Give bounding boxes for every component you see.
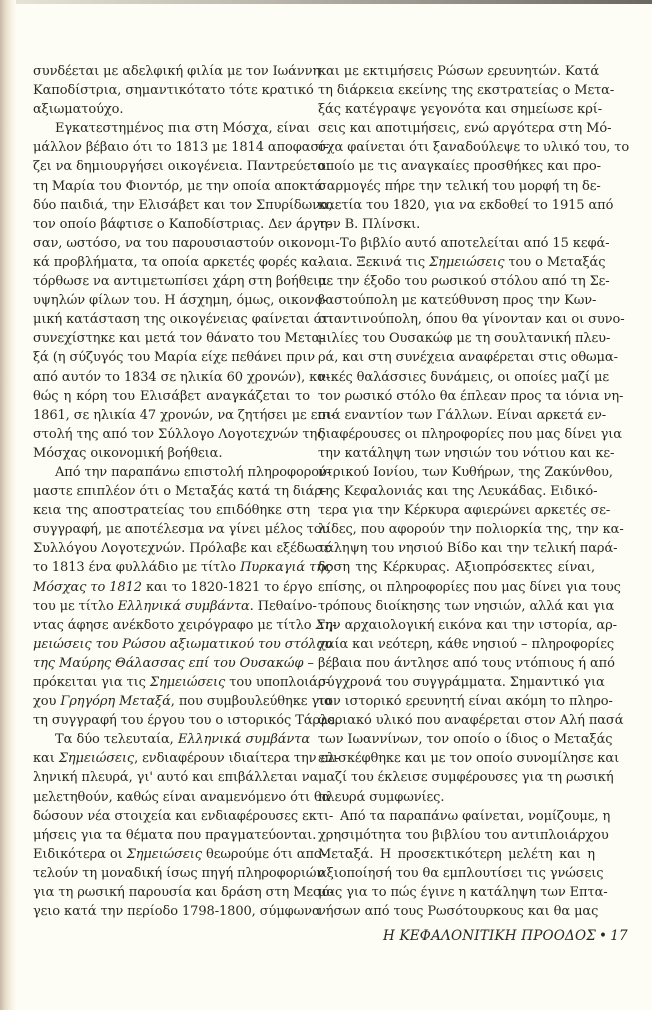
text-line: φοριακό υλικό που αναφέρεται στον Αλή πα… bbox=[318, 711, 595, 730]
text-line: μάλλον βέβαιο ότι το 1813 με 1814 αποφασ… bbox=[33, 138, 310, 157]
text-line: μική κατάσταση της οικογένειας φαίνεται … bbox=[33, 310, 310, 329]
italic-title: Γρηγόρη Μεταξά bbox=[60, 694, 170, 709]
text-line: συνεχίστηκε και μετά τον θάνατο του Μετα… bbox=[33, 329, 310, 348]
right-column: και με εκτιμήσεις Ρώσων ερευνητών. Κατάτ… bbox=[318, 62, 595, 921]
footer-separator: • bbox=[599, 928, 607, 944]
text-line: τάληψη του νησιού Βίδο και την τελική πα… bbox=[318, 539, 595, 558]
text-line: κεια της αποστρατείας του επιδόθηκε στη bbox=[33, 501, 310, 520]
text-line: σαρμογές πήρε την τελική του μορφή τη δε… bbox=[318, 177, 595, 196]
text-line: οποίο με τις αναγκαίες προσθήκες και προ… bbox=[318, 157, 595, 176]
text-line: δοση της Κέρκυρας. Αξιοπρόσεκτες είναι, bbox=[318, 558, 595, 577]
italic-title: μειώσεις του Ρώσου αξιωματικού του στόλο… bbox=[33, 637, 332, 652]
text-line: χαία και νεότερη, κάθε νησιού – πληροφορ… bbox=[318, 635, 595, 654]
text-line: και Σημειώσεις, ενδιαφέρουν ιδιαίτερα τη… bbox=[33, 749, 310, 768]
text-line: για τη ρωσική παρουσία και δράση στη Μεσ… bbox=[33, 883, 310, 902]
text-line: Μεταξά. Η προσεκτικότερη μελέτη και η bbox=[318, 845, 595, 864]
text-line: μειώσεις του Ρώσου αξιωματικού του στόλο… bbox=[33, 635, 310, 654]
text-line: τον ρωσικό στόλο θα έπλεαν προς τα ιόνια… bbox=[318, 387, 595, 406]
paragraph: και με εκτιμήσεις Ρώσων ερευνητών. Κατάτ… bbox=[318, 62, 595, 234]
text-line: ξάς κατέγραψε γεγονότα και σημείωσε κρί- bbox=[318, 100, 595, 119]
page-number: 17 bbox=[610, 928, 628, 944]
text-line: υψηλών φίλων του. Η άσχημη, όμως, οικονο… bbox=[33, 291, 310, 310]
italic-title: Σημειώσεις bbox=[429, 255, 504, 270]
text-line: νικές θαλάσσιες δυνάμεις, οι οποίες μαζί… bbox=[318, 368, 595, 387]
scan-top-shadow bbox=[0, 0, 652, 4]
text-line: κά προβλήματα, τα οποία αρκετές φορές κα… bbox=[33, 253, 310, 272]
text-line: της Κεφαλονιάς και της Λευκάδας. Ειδικό- bbox=[318, 482, 595, 501]
text-line: σχα φαίνεται ότι ξαναδούλεψε το υλικό το… bbox=[318, 138, 595, 157]
text-line: τον ιστορικό ερευνητή είναι ακόμη το πλη… bbox=[318, 692, 595, 711]
text-line: των Ιωαννίνων, τον οποίο ο ίδιος ο Μεταξ… bbox=[318, 730, 595, 749]
text-line: τη συγγραφή του έργου του ο ιστορικός Τά… bbox=[33, 711, 310, 730]
paragraph: Εγκατεστημένος πια στη Μόσχα, είναιμάλλο… bbox=[33, 119, 310, 463]
paragraph: συνδέεται με αδελφική φιλία με τον Ιωάνν… bbox=[33, 62, 310, 119]
text-line: βέβαια που άντλησε από τους ντόπιους ή α… bbox=[318, 654, 595, 673]
text-line: γειο κατά την περίοδο 1798-1800, σύμφωνα bbox=[33, 902, 310, 921]
text-line: Μόσχας το 1812 και το 1820-1821 το έργο bbox=[33, 578, 310, 597]
text-line: την κατάληψη των νησιών του νότιου και κ… bbox=[318, 444, 595, 463]
text-line: του με τίτλο Ελληνικά συμβάντα. Πεθαίνο- bbox=[33, 597, 310, 616]
text-line: μήσεις για τα θέματα που πραγματεύονται. bbox=[33, 826, 310, 845]
text-line: ντρικού Ιονίου, των Κυθήρων, της Ζακύνθο… bbox=[318, 463, 595, 482]
text-line: 1861, σε ηλικία 47 χρονών, να ζητήσει με… bbox=[33, 406, 310, 425]
text-line: τόρθωσε να αντιμετωπίσει χάρη στη βοήθει… bbox=[33, 272, 310, 291]
text-line: ζει να δημιουργήσει οικογένεια. Παντρεύε… bbox=[33, 157, 310, 176]
text-line: πρόκειται για τις Σημειώσεις του υποπλοι… bbox=[33, 673, 310, 692]
paragraph: Από τα παραπάνω φαίνεται, νομίζουμε, ηχρ… bbox=[318, 807, 595, 922]
text-line: χου Γρηγόρη Μεταξά, που συμβουλεύθηκε γι… bbox=[33, 692, 310, 711]
text-line: μαζί του έκλεισε συμφέρουσες για τη ρωσι… bbox=[318, 768, 595, 787]
text-line: τον οποίο βάφτισε ο Καποδίστριας. Δεν άρ… bbox=[33, 215, 310, 234]
text-line: με την έξοδο του ρωσικού στόλου από τη Σ… bbox=[318, 272, 595, 291]
left-column: συνδέεται με αδελφική φιλία με τον Ιωάνν… bbox=[33, 62, 310, 921]
text-line: ρά, και στη συνέχεια αναφέρεται στις οθω… bbox=[318, 348, 595, 367]
text-line: Ειδικότερα οι Σημειώσεις θεωρούμε ότι απ… bbox=[33, 845, 310, 864]
text-line: τη Μαρία του Φιοντόρ, με την οποία αποκτ… bbox=[33, 177, 310, 196]
text-line: Συλλόγου Λογοτεχνών. Πρόλαβε και εξέδωσε bbox=[33, 539, 310, 558]
text-line: Εγκατεστημένος πια στη Μόσχα, είναι bbox=[33, 119, 310, 138]
text-line: συνδέεται με αδελφική φιλία με τον Ιωάνν… bbox=[33, 62, 310, 81]
text-line: διαφέρουσες οι πληροφορίες που μας δίνει… bbox=[318, 425, 595, 444]
text-line: τρόπους διοίκησης των νησιών, αλλά και γ… bbox=[318, 597, 595, 616]
italic-title: Μόσχας το 1812 bbox=[33, 580, 142, 595]
text-line: τελούν τη μοναδική ίσως πηγή πληροφοριών bbox=[33, 864, 310, 883]
text-line: πλευρά συμφωνίες. bbox=[318, 788, 595, 807]
text-line: σαν, ωστόσο, να του παρουσιαστούν οικονο… bbox=[33, 234, 310, 253]
text-line: ληνική πλευρά, γι' αυτό και επιβάλλεται … bbox=[33, 768, 310, 787]
text-line: σιά εναντίον των Γάλλων. Είναι αρκετά εν… bbox=[318, 406, 595, 425]
text-line: τον Β. Πλίνσκι. bbox=[318, 215, 595, 234]
text-line: σταντινούπολη, όπου θα γίνονταν και οι σ… bbox=[318, 310, 595, 329]
text-line: στολή της από τον Σύλλογο Λογοτεχνών της bbox=[33, 425, 310, 444]
text-line: θώς η κόρη του Ελισάβετ αναγκάζεται το bbox=[33, 387, 310, 406]
text-line: σεις και αποτιμήσεις, ενώ αργότερα στη Μ… bbox=[318, 119, 595, 138]
text-line: μιλίες του Ουσακώφ με τη σουλτανική πλευ… bbox=[318, 329, 595, 348]
text-line: δύο παιδιά, την Ελισάβετ και τον Σπυρίδω… bbox=[33, 196, 310, 215]
text-line: καετία του 1820, για να εκδοθεί το 1915 … bbox=[318, 196, 595, 215]
running-footer: Η ΚΕΦΑΛΟΝΙΤΙΚΗ ΠΡΟΟΔΟΣ•17 bbox=[383, 928, 628, 944]
text-line: μαστε επιπλέον ότι ο Μεταξάς κατά τη διά… bbox=[33, 482, 310, 501]
text-line: Από τα παραπάνω φαίνεται, νομίζουμε, η bbox=[318, 807, 595, 826]
text-line: λίδες, που αφορούν την πολιορκία της, τη… bbox=[318, 520, 595, 539]
text-line: Το βιβλίο αυτό αποτελείται από 15 κεφά- bbox=[318, 234, 595, 253]
binding-gutter bbox=[0, 0, 16, 1010]
text-line: αξιωματούχο. bbox=[33, 100, 310, 119]
text-line: μελετηθούν, καθώς είναι αναμενόμενο ότι … bbox=[33, 788, 310, 807]
text-line: μας για το πώς έγινε η κατάληψη των Επτα… bbox=[318, 883, 595, 902]
text-line: νήσων από τους Ρωσότουρκους και θα μας bbox=[318, 902, 595, 921]
text-line: την αρχαιολογική εικόνα και την ιστορία,… bbox=[318, 616, 595, 635]
italic-title: Ελληνικά συμβάντα bbox=[178, 732, 310, 747]
journal-title: Η ΚΕΦΑΛΟΝΙΤΙΚΗ ΠΡΟΟΔΟΣ bbox=[383, 928, 596, 944]
text-line: ξά (η σύζυγός του Μαρία είχε πεθάνει πρι… bbox=[33, 348, 310, 367]
text-line: τη διάρκεια εκείνης της εκστρατείας ο Με… bbox=[318, 81, 595, 100]
paragraph: Το βιβλίο αυτό αποτελείται από 15 κεφά-λ… bbox=[318, 234, 595, 807]
text-line: τερα για την Κέρκυρα αφιερώνει αρκετές σ… bbox=[318, 501, 595, 520]
text-line: χρησιμότητα του βιβλίου του αντιπλοιάρχο… bbox=[318, 826, 595, 845]
paragraph: Τα δύο τελευταία, Ελληνικά συμβάντακαι Σ… bbox=[33, 730, 310, 921]
text-line: από αυτόν το 1834 σε ηλικία 60 χρονών), … bbox=[33, 368, 310, 387]
text-line: Τα δύο τελευταία, Ελληνικά συμβάντα bbox=[33, 730, 310, 749]
italic-title: Ελληνικά συμβάντα bbox=[118, 599, 250, 614]
text-line: λαια. Ξεκινά τις Σημειώσεις του ο Μεταξά… bbox=[318, 253, 595, 272]
text-line: δώσουν νέα στοιχεία και ενδιαφέρουσες εκ… bbox=[33, 807, 310, 826]
text-line: και με εκτιμήσεις Ρώσων ερευνητών. Κατά bbox=[318, 62, 595, 81]
text-line: Καποδίστρια, σημαντικότατο τότε κρατικό bbox=[33, 81, 310, 100]
text-line: συγγραφή, με αποτέλεσμα να γίνει μέλος τ… bbox=[33, 520, 310, 539]
italic-title: της Μαύρης Θάλασσας επί του Ουσακώφ bbox=[33, 656, 303, 671]
text-line: Μόσχας οικονομική βοήθεια. bbox=[33, 444, 310, 463]
text-line: βαστούπολη με κατεύθυνση προς την Κων- bbox=[318, 291, 595, 310]
text-line: σύγχρονά του συγγράμματα. Σημαντικό για bbox=[318, 673, 595, 692]
text-line: επίσης, οι πληροφορίες που μας δίνει για… bbox=[318, 578, 595, 597]
text-line: ντας άφησε ανέκδοτο χειρόγραφο με τίτλο … bbox=[33, 616, 310, 635]
text-line: αξιοποίησή του θα εμπλουτίσει τις γνώσει… bbox=[318, 864, 595, 883]
italic-title: Σημειώσεις bbox=[150, 675, 225, 690]
text-line: Από την παραπάνω επιστολή πληροφορού- bbox=[33, 463, 310, 482]
paragraph: Από την παραπάνω επιστολή πληροφορού-μασ… bbox=[33, 463, 310, 730]
text-line: επισκέφθηκε και με τον οποίο συνομίλησε … bbox=[318, 749, 595, 768]
text-line: της Μαύρης Θάλασσας επί του Ουσακώφ – bbox=[33, 654, 310, 673]
italic-title: Σημειώσεις bbox=[59, 751, 134, 766]
text-line: το 1813 ένα φυλλάδιο με τίτλο Πυρκαγιά τ… bbox=[33, 558, 310, 577]
italic-title: Σημειώσεις bbox=[127, 847, 202, 862]
